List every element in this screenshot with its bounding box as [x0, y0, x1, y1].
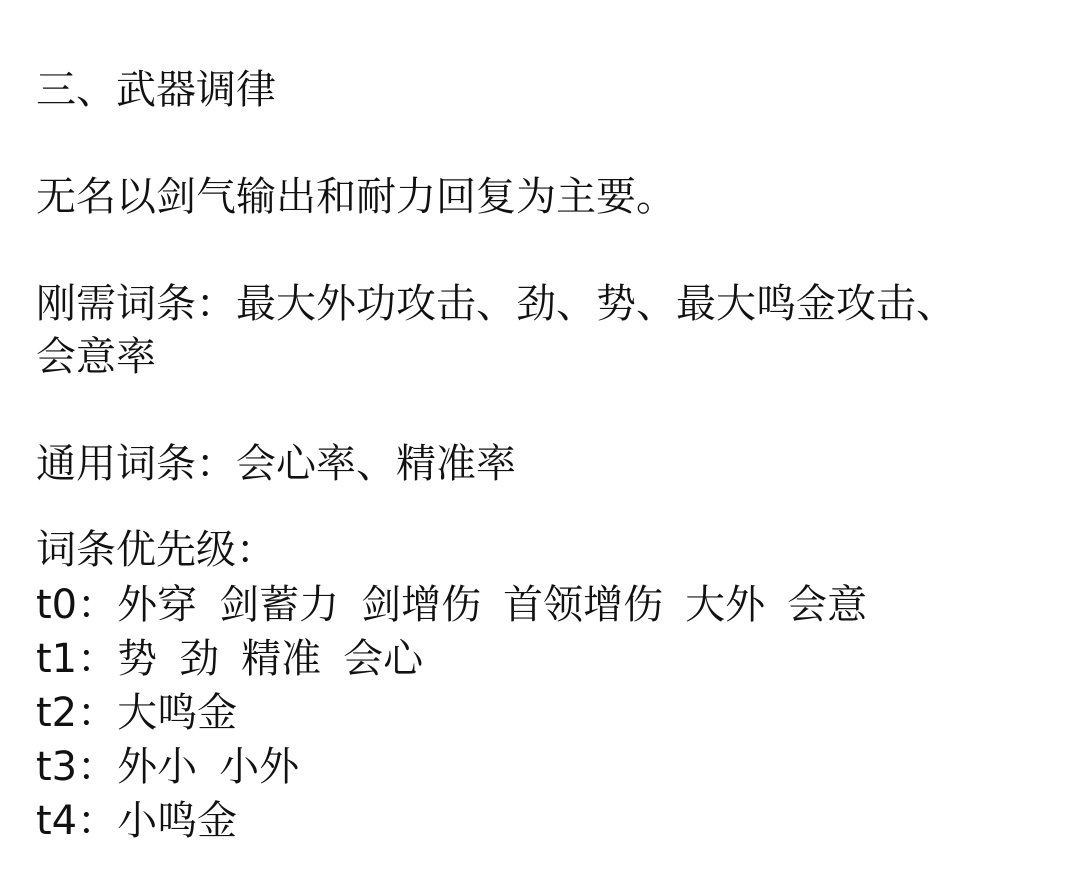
general-affixes: 通用词条：会心率、精准率 — [36, 437, 516, 491]
priority-tier-t1: t1：势劲精准会心 — [36, 632, 423, 686]
tier-item: 大外 — [685, 582, 765, 628]
priority-tier-t3: t3：外小小外 — [36, 740, 299, 794]
required-affixes-line-1: 刚需词条：最大外功攻击、劲、势、最大鸣金攻击、 — [36, 277, 956, 331]
tier-label: t1： — [36, 632, 117, 686]
required-affixes-line-2: 会意率 — [36, 330, 156, 384]
tier-item: 小鸣金 — [117, 798, 237, 844]
priority-tier-t4: t4：小鸣金 — [36, 794, 237, 848]
tier-item: 外穿 — [117, 582, 197, 628]
tier-items: 外小小外 — [117, 744, 299, 790]
priority-tier-t2: t2：大鸣金 — [36, 686, 237, 740]
tier-item: 势 — [117, 636, 157, 682]
tier-item: 首领增伤 — [503, 582, 663, 628]
tier-item: 大鸣金 — [117, 690, 237, 736]
tier-items: 大鸣金 — [117, 690, 237, 736]
tier-item: 剑蓄力 — [219, 582, 339, 628]
tier-items: 外穿剑蓄力剑增伤首领增伤大外会意 — [117, 582, 867, 628]
tier-items: 势劲精准会心 — [117, 636, 423, 682]
tier-item: 外小 — [117, 744, 197, 790]
intro-text: 无名以剑气输出和耐力回复为主要。 — [36, 170, 676, 224]
tier-label: t3： — [36, 740, 117, 794]
tier-item: 劲 — [179, 636, 219, 682]
priority-tier-t0: t0：外穿剑蓄力剑增伤首领增伤大外会意 — [36, 578, 867, 632]
tier-item: 小外 — [219, 744, 299, 790]
tier-items: 小鸣金 — [117, 798, 237, 844]
tier-item: 剑增伤 — [361, 582, 481, 628]
tier-item: 会心 — [343, 636, 423, 682]
tier-label: t0： — [36, 578, 117, 632]
section-title: 三、武器调律 — [36, 63, 276, 117]
tier-label: t4： — [36, 794, 117, 848]
priority-heading: 词条优先级： — [36, 523, 276, 577]
tier-item: 精准 — [241, 636, 321, 682]
tier-label: t2： — [36, 686, 117, 740]
tier-item: 会意 — [787, 582, 867, 628]
